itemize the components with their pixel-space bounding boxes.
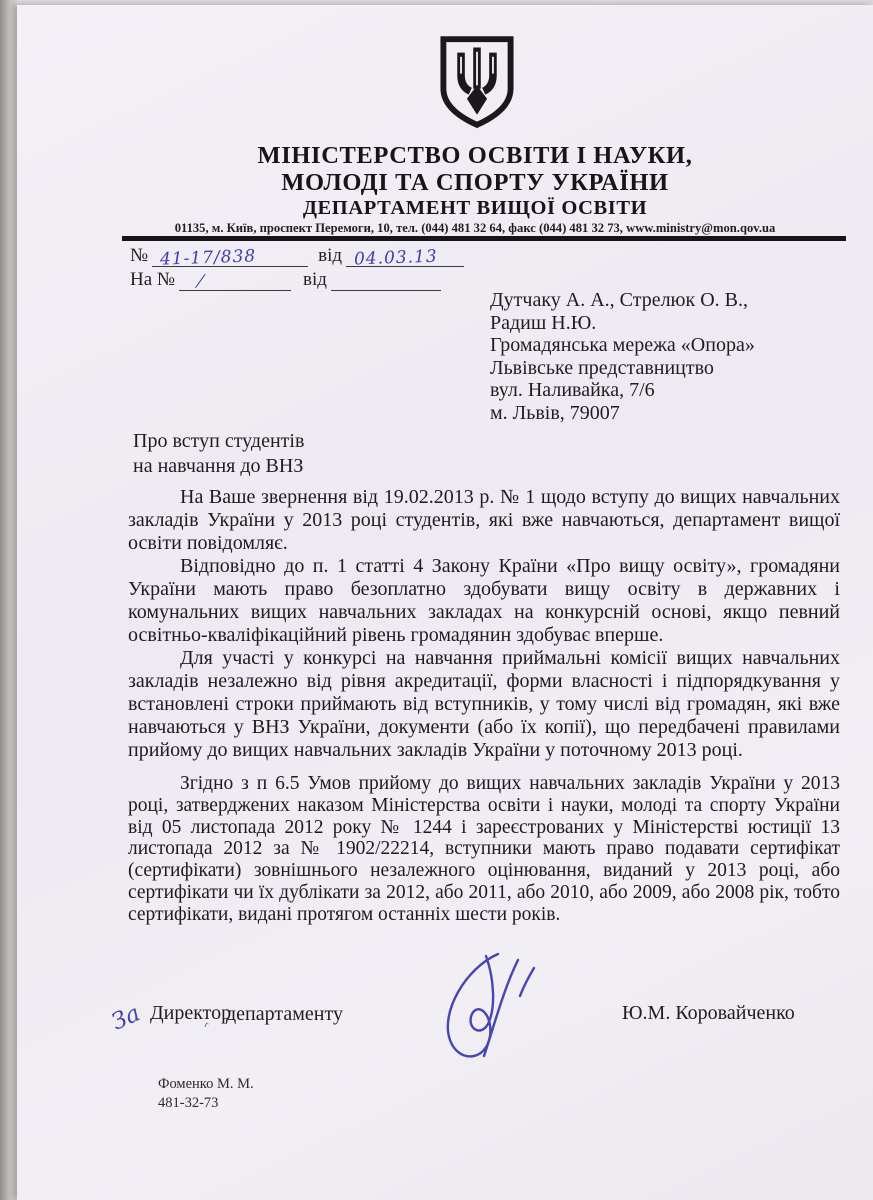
outgoing-number-row: № 41-17/838 від 04.03.13 — [130, 243, 550, 267]
handwritten-signature-icon — [428, 944, 548, 1068]
incoming-number-row: На № / від — [130, 267, 550, 291]
signer-title-word1: Директор — [150, 1002, 231, 1025]
executor-block: Фоменко М. М. 481-32-73 — [158, 1075, 254, 1113]
executor-phone: 481-32-73 — [158, 1094, 254, 1113]
outgoing-number-field: 41-17/838 — [152, 246, 308, 267]
subject-line2: на навчання до ВНЗ — [133, 454, 304, 479]
body-paragraph-1: На Ваше звернення від 19.02.2013 р. № 1 … — [128, 486, 840, 555]
incoming-number-field: / — [179, 270, 291, 291]
ministry-title-line1: МІНІСТЕРСТВО ОСВІТИ І НАУКИ, — [95, 142, 855, 169]
recipient-names-line1: Дутчаку А. А., Стрелюк О. В., — [490, 289, 820, 312]
body-paragraph-3: Для участі у конкурсі на навчання прийма… — [128, 647, 840, 762]
letterhead: МІНІСТЕРСТВО ОСВІТИ І НАУКИ, МОЛОДІ ТА С… — [95, 142, 855, 236]
incoming-date-field — [331, 270, 441, 291]
signer-name: Ю.М. Коровайченко — [622, 1002, 795, 1025]
department-title: ДЕПАРТАМЕНТ ВИЩОЇ ОСВІТИ — [95, 196, 855, 220]
reference-block: № 41-17/838 від 04.03.13 На № / від — [130, 243, 550, 291]
reply-date-label: від — [291, 269, 331, 291]
handwritten-slash-mark: / — [195, 268, 205, 295]
letterhead-divider — [122, 236, 846, 241]
body-paragraph-2: Відповідно до п. 1 статті 4 Закону Країн… — [128, 555, 840, 647]
recipient-street: вул. Наливайка, 7/6 — [490, 379, 820, 402]
body-paragraph-4: Згідно з п 6.5 Умов прийому до вищих нав… — [128, 773, 840, 926]
recipient-names-line2: Радиш Н.Ю. — [490, 312, 820, 335]
reply-number-label: На № — [130, 269, 179, 291]
ukraine-trident-emblem-icon — [435, 34, 519, 130]
subject-block: Про вступ студентів на навчання до ВНЗ — [133, 429, 304, 479]
recipient-office: Львівське представництво — [490, 357, 820, 380]
letter-body: На Ваше звернення від 19.02.2013 р. № 1 … — [128, 486, 840, 926]
scanned-letter: МІНІСТЕРСТВО ОСВІТИ І НАУКИ, МОЛОДІ ТА С… — [0, 0, 873, 1200]
number-label: № — [130, 245, 152, 267]
recipient-city: м. Львів, 79007 — [490, 402, 820, 425]
handwritten-outgoing-date: 04.03.13 — [354, 247, 438, 270]
letterhead-address: 01135, м. Київ, проспект Перемоги, 10, т… — [95, 221, 855, 236]
outgoing-date-field: 04.03.13 — [346, 246, 464, 267]
ministry-title-line2: МОЛОДІ ТА СПОРТУ УКРАЇНИ — [95, 169, 855, 196]
recipient-organization: Громадянська мережа «Опора» — [490, 334, 820, 357]
recipient-block: Дутчаку А. А., Стрелюк О. В., Радиш Н.Ю.… — [490, 289, 820, 425]
subject-line1: Про вступ студентів — [133, 429, 304, 454]
date-label: від — [308, 245, 346, 267]
signer-title-word2: департаменту — [226, 1003, 343, 1026]
handwritten-outgoing-number: 41-17/838 — [160, 246, 257, 269]
executor-name: Фоменко М. М. — [158, 1075, 254, 1094]
